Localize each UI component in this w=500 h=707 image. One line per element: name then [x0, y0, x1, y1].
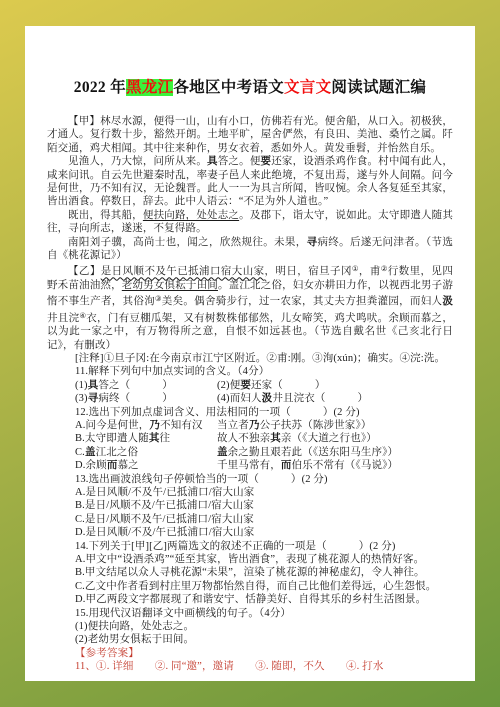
- passage-jia-para-4: 南阳刘子骥，高尚士也，闻之，欣然规往。未果，寻病终。后遂无问津者。（节选自《桃花…: [47, 236, 453, 263]
- text-run: 汲: [262, 393, 273, 404]
- text-run: 具: [88, 380, 99, 391]
- text-run: 13.选出画波浪线句子停顿恰当的一项（ ）(2 分): [75, 474, 328, 485]
- line-segment: 盖余之勤且艰若此（《送东阳马生序》）: [217, 446, 398, 459]
- text-run: 而: [281, 460, 292, 471]
- question-11-items-1-2: (1)具答之（ ）(2)便要还家（ ）: [47, 379, 453, 392]
- text-run: [注释]①旦子冈:在今南京市江宁区附近。②甫:刚。③洵(xún)；确实。④浣:洗…: [75, 353, 445, 364]
- text-run: 乃: [149, 420, 160, 431]
- text-run: ①: [352, 264, 359, 273]
- text-run: D.甲乙两段文字都展现了和谐安宁、恬静美好、自得其乐的乡村生活图景。: [75, 594, 426, 605]
- document-body: 【甲】林尽水源，便得一山，山有小口，仿佛若有光。便舍船，从口入。初极狭，才通人。…: [47, 115, 453, 674]
- text-run: 当立者: [217, 420, 249, 431]
- text-run: 美矣。偶舍骑步行，过一农家，其丈夫方担粪灌园，而妇人: [162, 296, 443, 307]
- question-14-option-c: C.乙文中作者看到村庄里万物都怡然自得，而自己比他们差得远，心生怨恨。: [47, 580, 453, 593]
- passage-jia-para-2: 见渔人，乃大惊，问所从来。具答之。便要还家，设酒杀鸡作食。村中闻有此人，咸来问讯…: [47, 155, 453, 209]
- text-run: ②: [381, 264, 388, 273]
- line-segment: D.余顾而慕之: [75, 459, 217, 472]
- text-run: 江北之俗: [96, 447, 139, 458]
- text-run: 12.选出下列加点虚词含义、用法相同的一项（ ）(2 分): [75, 407, 360, 418]
- text-run: 还家（ ）: [251, 380, 326, 391]
- text-run: 衣，门有豆棚瓜架，又有树数株郁郁然，儿女啼笑，鸡犬鸣吠。余顾而慕之，以为此一家之…: [47, 313, 453, 351]
- text-run: 答之。便: [218, 156, 261, 167]
- text-run: 公子扶苏（陈涉世家》）: [260, 420, 372, 431]
- line-segment: A.问今是何世，乃不知有汉: [75, 419, 217, 432]
- text-run: 其: [270, 433, 281, 444]
- page-frame: 2022 年黑龙江各地区中考语文文言文阅读试题汇编 【甲】林尽水源，便得一山，山…: [0, 0, 500, 707]
- text-run: 盖: [217, 447, 228, 458]
- text-run: C.乙文中作者看到村庄里万物都怡然自得，而自己比他们差得远，心生怨恨。: [75, 581, 436, 592]
- text-run: D.余顾: [75, 460, 107, 471]
- line-segment: (2)便要还家（ ）: [217, 379, 326, 392]
- passage-yi-para: 【乙】是日风顺不及午已抵浦口宿大山家，明日，宿旦子冈①，甫②行数里，见四野禾苗油…: [47, 262, 453, 351]
- line-segment: (1)具答之（ ）: [75, 379, 217, 392]
- text-run: A.问今是何世，: [75, 420, 149, 431]
- question-15-item-1: (1)便扶向路，处处志之。: [47, 620, 453, 633]
- question-11-items-3-4: (3)寻病终（ ）(4)而妇人汲井且浣衣（ ）: [47, 392, 453, 405]
- text-run: ③: [155, 294, 162, 303]
- text-run: 故人不独亲: [217, 433, 270, 444]
- text-run: 便扶向路，处处志之: [143, 210, 239, 221]
- text-run: 井且浣: [47, 313, 79, 324]
- question-12-option-c: C.盖江北之俗盖余之勤且艰若此（《送东阳马生序》）: [47, 446, 453, 459]
- line-segment: 千里马常有，而伯乐不常有（《马说》）: [217, 459, 398, 472]
- title-year-text: 2022 年: [74, 79, 126, 96]
- text-run: 是日风顺不及午已抵浦口宿大山家: [101, 266, 265, 277]
- page-title: 2022 年黑龙江各地区中考语文文言文阅读试题汇编: [47, 75, 453, 97]
- text-run: 14.下列关于[甲][乙]两篇选文的叙述不正确的一项是（ ）(2 分): [75, 541, 396, 552]
- question-13-option-d: D.是日风顺/不及/午已抵浦口/宿大山家: [47, 526, 453, 539]
- text-run: A.甲文中“设酒杀鸡”“延至其家，皆出酒食”，表现了桃花源人的热情好客。: [75, 554, 424, 565]
- title-suffix-text: 阅读试题汇编: [331, 79, 426, 96]
- question-15-stem: 15.用现代汉语翻译文中画横线的句子。（4分）: [47, 607, 453, 620]
- answer-key-header: 【参考答案】: [47, 647, 453, 660]
- answer-key-line-11: 11、①. 详细 ②. 同“邀”，邀请 ③. 随即，不久 ④. 打水: [47, 660, 453, 673]
- text-run: (4)而妇人: [217, 393, 262, 404]
- text-run: 余之勤且艰若此（《送东阳马生序》）: [228, 447, 399, 458]
- title-exam-text: 各地区中考语文: [173, 79, 284, 96]
- text-run: 11.解释下列句中加点实词的含义。（4分）: [75, 366, 269, 377]
- text-run: (1): [75, 380, 88, 391]
- text-run: 不知有汉: [160, 420, 203, 431]
- line-segment: (3)寻病终（ ）: [75, 392, 217, 405]
- text-run: 伯乐不常有（《马说》）: [292, 460, 399, 471]
- text-run: 要: [240, 380, 251, 391]
- text-run: (2)老幼男女俱耘于田间。: [75, 634, 194, 645]
- text-run: B.是日/风顺不及/午已抵浦口/宿大山家: [75, 500, 254, 511]
- text-run: (1)便扶向路，处处志之。: [75, 621, 194, 632]
- text-run: 既出，得其船，: [68, 210, 143, 221]
- question-13-option-a: A.是日风顺/不及午/已抵浦口/宿大山家: [47, 486, 453, 499]
- line-segment: 故人不独亲其亲（《大道之行也》）: [217, 432, 377, 445]
- question-14-option-a: A.甲文中“设酒杀鸡”“延至其家，皆出酒食”，表现了桃花源人的热情好客。: [47, 553, 453, 566]
- line-segment: C.盖江北之俗: [75, 446, 217, 459]
- text-run: 要: [261, 156, 272, 167]
- text-run: C.: [75, 447, 85, 458]
- title-region-highlight: 黑龙江: [126, 79, 173, 96]
- text-run: 【甲】林尽水源，便得一山，山有小口，仿佛若有光。便舍船，从口入。初极狭，才通人。…: [47, 116, 453, 154]
- question-15-item-2: (2)老幼男女俱耘于田间。: [47, 633, 453, 646]
- text-run: 【乙】: [68, 266, 101, 277]
- passage-jia-para-3: 既出，得其船，便扶向路，处处志之。及郡下，诣太守，说如此。太守即遣人随其往，寻向…: [47, 209, 453, 236]
- question-12-stem: 12.选出下列加点虚词含义、用法相同的一项（ ）(2 分): [47, 406, 453, 419]
- text-run: 慕之: [117, 460, 138, 471]
- text-run: 亲（《大道之行也》）: [281, 433, 377, 444]
- line-segment: 当立者乃公子扶苏（陈涉世家》）: [217, 419, 372, 432]
- text-run: C.是日/风顺不及午/已抵浦口/宿大山家: [75, 514, 254, 525]
- text-run: 乃: [249, 420, 260, 431]
- question-12-option-a: A.问今是何世，乃不知有汉当立者乃公子扶苏（陈涉世家》）: [47, 419, 453, 432]
- text-run: 井且浣衣（ ）: [272, 393, 368, 404]
- text-run: 15.用现代汉语翻译文中画横线的句子。（4分）: [75, 608, 291, 619]
- text-run: ，甫: [359, 266, 381, 277]
- document-page: 2022 年黑龙江各地区中考语文文言文阅读试题汇编 【甲】林尽水源，便得一山，山…: [25, 26, 475, 681]
- question-12-option-d: D.余顾而慕之千里马常有，而伯乐不常有（《马说》）: [47, 459, 453, 472]
- text-run: (3): [75, 393, 88, 404]
- title-genre-red-text: 文言文: [284, 79, 331, 96]
- question-13-stem: 13.选出画波浪线句子停顿恰当的一项（ ）(2 分): [47, 473, 453, 486]
- line-segment: B.太守即遣人随其往: [75, 432, 217, 445]
- text-run: D.是日风顺/不及/午已抵浦口/宿大山家: [75, 527, 254, 538]
- question-13-option-c: C.是日/风顺不及午/已抵浦口/宿大山家: [47, 513, 453, 526]
- passage-jia-para-1: 【甲】林尽水源，便得一山，山有小口，仿佛若有光。便舍船，从口入。初极狭，才通人。…: [47, 115, 453, 155]
- text-run: 见渔人，乃大惊，问所从来。: [68, 156, 207, 167]
- text-run: 盖: [85, 447, 96, 458]
- text-run: 【参考答案】: [75, 648, 139, 659]
- text-run: 往: [159, 433, 170, 444]
- question-13-option-b: B.是日/风顺不及/午已抵浦口/宿大山家: [47, 499, 453, 512]
- question-11-stem: 11.解释下列句中加点实词的含义。（4分）: [47, 365, 453, 378]
- text-run: 具: [207, 156, 218, 167]
- text-run: A.是日风顺/不及午/已抵浦口/宿大山家: [75, 487, 254, 498]
- text-run: B.甲文结尾以众人寻桃花源“未果”，渲染了桃花源的神秘虚幻，令人神往。: [75, 567, 425, 578]
- question-14-option-d: D.甲乙两段文字都展现了和谐安宁、恬静美好、自得其乐的乡村生活图景。: [47, 593, 453, 606]
- annotation-line: [注释]①旦子冈:在今南京市江宁区附近。②甫:刚。③洵(xún)；确实。④浣:洗…: [47, 352, 453, 365]
- text-run: 寻: [307, 237, 318, 248]
- text-run: 千里马常有，: [217, 460, 281, 471]
- question-14-stem: 14.下列关于[甲][乙]两篇选文的叙述不正确的一项是（ ）(2 分): [47, 540, 453, 553]
- text-run: 病终（ ）: [98, 393, 173, 404]
- text-run: 南阳刘子骥，高尚士也，闻之，欣然规往。未果，: [68, 237, 307, 248]
- text-run: B.太守即遣人随: [75, 433, 149, 444]
- text-run: 其: [149, 433, 160, 444]
- text-run: 汲: [442, 296, 453, 307]
- text-run: 答之（ ）: [98, 380, 173, 391]
- text-run: 11、①. 详细 ②. 同“邀”，邀请 ③. 随即，不久 ④. 打水: [75, 661, 383, 672]
- text-run: 老幼男女俱耘于田间: [122, 280, 218, 291]
- text-run: 而: [107, 460, 118, 471]
- question-12-option-b: B.太守即遣人随其往故人不独亲其亲（《大道之行也》）: [47, 432, 453, 445]
- line-segment: (4)而妇人汲井且浣衣（ ）: [217, 392, 368, 405]
- text-run: ，明日，宿旦子冈: [265, 266, 352, 277]
- text-run: 寻: [88, 393, 99, 404]
- question-14-option-b: B.甲文结尾以众人寻桃花源“未果”，渲染了桃花源的神秘虚幻，令人神往。: [47, 566, 453, 579]
- text-run: (2)便: [217, 380, 240, 391]
